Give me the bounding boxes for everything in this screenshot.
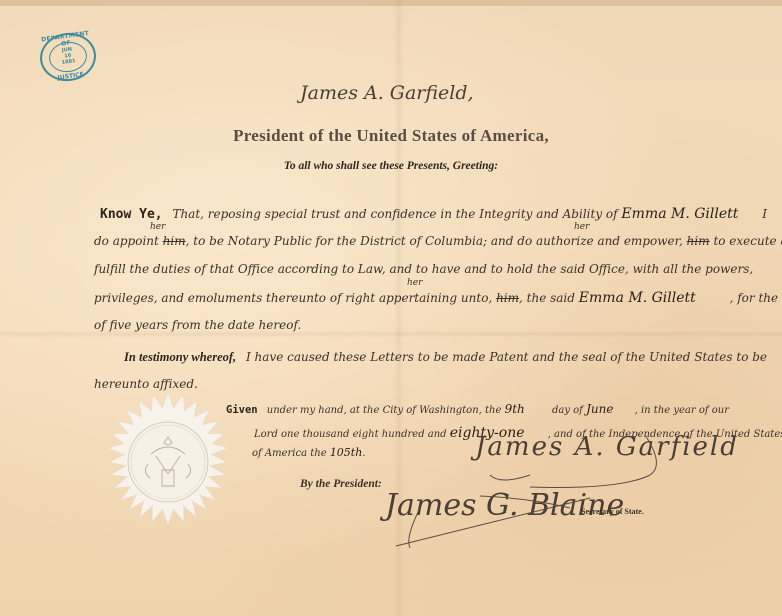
para1-line1-end: I [762, 207, 767, 221]
given-line1: Given under my hand, at the City of Wash… [226, 402, 729, 416]
paper-top-edge [0, 0, 782, 6]
insert-her-1: her [150, 222, 165, 232]
president-title-heading: President of the United States of Americ… [0, 126, 782, 146]
para1-line2: do appoint him, to be Notary Public for … [94, 234, 782, 248]
para1-line4-a: privileges, and emoluments thereunto of … [94, 291, 488, 305]
para1-line1-text: That, reposing special trust and confide… [172, 207, 617, 221]
independence-year: 105th [330, 446, 363, 459]
given-line3: of America the 105th. [252, 446, 366, 459]
struck-him-1: him [163, 234, 186, 248]
para2-line1-text: I have caused these Letters to be made P… [246, 350, 767, 364]
given-line1-a: under my hand, at the City of Washington… [267, 405, 502, 416]
given-line1-c: , in the year of our [635, 405, 729, 416]
insert-her-3: her [407, 278, 422, 288]
para1-line2-b: to be Notary Public for the District of … [193, 234, 679, 248]
para2-line2: hereunto affixed. [94, 377, 198, 391]
struck-him-2: him [687, 234, 710, 248]
struck-him-3: him [496, 291, 519, 305]
given-month: June [586, 402, 613, 416]
para1-line4-b: the said [527, 291, 575, 305]
appointee-name-2: Emma M. Gillett [579, 290, 696, 306]
para1-line2-a: do appoint [94, 234, 159, 248]
para1-line4: privileges, and emoluments thereunto of … [94, 290, 782, 306]
given-line2-a: Lord one thousand eight hundred and [254, 429, 447, 440]
given-day: 9th [505, 402, 525, 416]
para1-line4-c: , for the term [730, 291, 782, 305]
know-ye-lead: Know Ye, [100, 207, 163, 222]
great-seal-icon [96, 392, 240, 536]
para1-line5: of five years from the date hereof. [94, 318, 301, 332]
given-line3-a: of America the [252, 448, 327, 459]
in-testimony-lead: In testimony whereof, [124, 350, 236, 364]
secretary-signature-flourish [390, 478, 610, 548]
greeting-line: To all who shall see these Presents, Gre… [0, 160, 782, 172]
president-name-heading: James A. Garfield, [300, 82, 474, 104]
para2-line1: In testimony whereof, I have caused thes… [124, 350, 767, 365]
given-line3-b: . [362, 448, 365, 459]
insert-her-2: her [574, 222, 589, 232]
para1-line2-c: to execute and [713, 234, 782, 248]
given-line1-b: day of [552, 405, 583, 416]
department-of-justice-stamp: DEPARTMENT OF JUN 16 1881 JUSTICE [37, 29, 99, 84]
para1-line3: fulfill the duties of that Office accord… [94, 262, 753, 276]
para1-line1: Know Ye, That, reposing special trust an… [100, 206, 767, 222]
appointee-name: Emma M. Gillett [621, 206, 738, 222]
secretary-of-state-label: Secretary of State. [581, 507, 644, 516]
by-the-president-label: By the President: [300, 478, 382, 490]
